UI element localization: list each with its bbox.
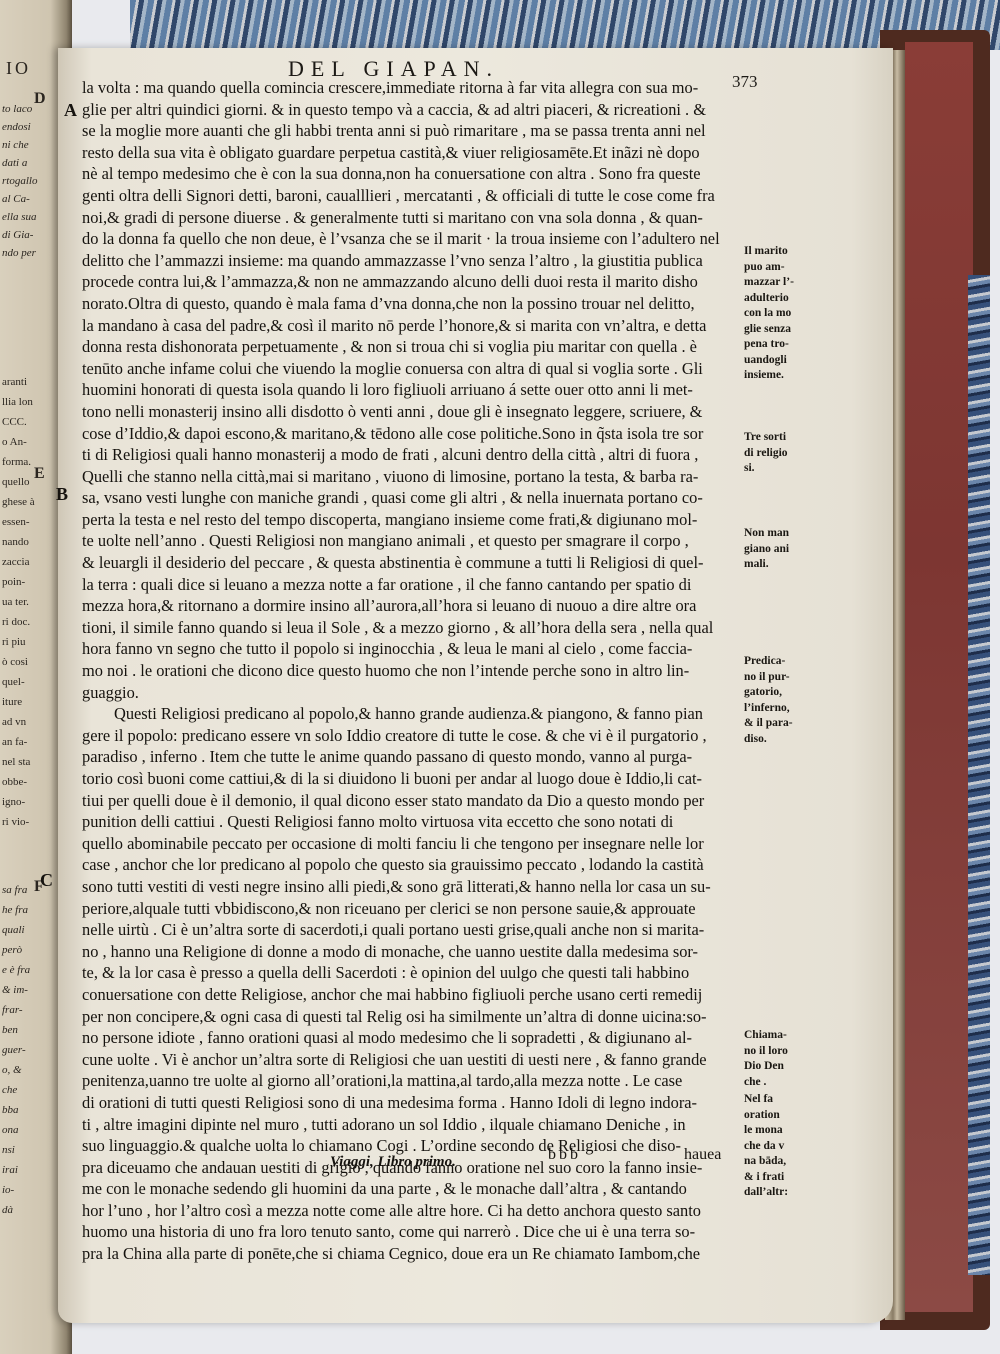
- text-line: paradiso , inferno . Item che tutte le a…: [82, 746, 752, 768]
- text-line: glie per altri quindici giorni. & in que…: [82, 99, 752, 121]
- text-line: torio così buoni come cattiui,& di la si…: [82, 768, 752, 790]
- text-line: cune uolte . Vi è anchor un’altra sorte …: [82, 1049, 752, 1071]
- sidenote-line: adulterio: [744, 291, 814, 307]
- text-line: la mandano à casa del padre,& così il ma…: [82, 315, 752, 337]
- text-line: ti , altre imagini dipinte nel muro , tu…: [82, 1114, 752, 1136]
- text-line: no , hanno una Religione di donne a modo…: [82, 941, 752, 963]
- left-margin-fragment: ndo per: [2, 244, 42, 262]
- sidenote-line: che da v: [744, 1139, 814, 1155]
- text-line: quello abominabile peccato per occasione…: [82, 833, 752, 855]
- text-line: nè al tempo medesimo che è con la sua do…: [82, 163, 752, 185]
- left-margin-fragment: dati a: [2, 154, 42, 172]
- sidenote-line: insieme.: [744, 368, 814, 384]
- left-margin-fragment: frar-: [2, 1000, 42, 1020]
- left-margin-fragment: ella sua: [2, 208, 42, 226]
- text-line: la volta : ma quando quella comincia cre…: [82, 77, 752, 99]
- left-margin-fragment: an fa-: [2, 732, 42, 752]
- signature-mark: bbb: [548, 1146, 581, 1164]
- text-line: delitto che l’ammazzi insieme: ma quando…: [82, 250, 752, 272]
- left-margin-fragment: ni che: [2, 136, 42, 154]
- left-margin-fragments-bottom: sa frahe fraqualiperòe è fra& im-frar-be…: [2, 880, 42, 1220]
- text-line: donna resta dishonorata perpetuamente , …: [82, 336, 752, 358]
- sidenote-line: che .: [744, 1075, 814, 1091]
- left-margin-fragments-top: to lacoendosini chedati artogalloal Ca-e…: [2, 100, 42, 262]
- left-margin-fragment: ua ter.: [2, 592, 42, 612]
- text-line: hor l’uno , hor l’altro così a mezza not…: [82, 1200, 752, 1222]
- text-line: huomini honorati di questa isola quando …: [82, 379, 752, 401]
- text-line: hora fanno vn segno che tutto il popolo …: [82, 638, 752, 660]
- left-margin-fragment: sa fra: [2, 880, 42, 900]
- sidenote-line: & il para-: [744, 716, 814, 732]
- text-line: Quelli che stanno nella città,mai si mar…: [82, 466, 752, 488]
- sidenote-line: di religio: [744, 446, 814, 462]
- left-margin-fragment: bba: [2, 1100, 42, 1120]
- red-pastedown: [905, 42, 973, 1312]
- sidenote-line: & i frati: [744, 1170, 814, 1186]
- left-margin-fragment: he fra: [2, 900, 42, 920]
- text-line: resto della sua vita è obligato guardare…: [82, 142, 752, 164]
- text-line: mo noi . le orationi che dicono dice que…: [82, 660, 752, 682]
- sidenote-purgatory: Predica-no il pur-gatorio,l’inferno,& il…: [744, 654, 814, 747]
- text-line: mezza hora,& ritornano a dormire insino …: [82, 595, 752, 617]
- left-margin-fragment: ben: [2, 1020, 42, 1040]
- left-margin-fragment: rtogallo: [2, 172, 42, 190]
- sidenote-line: Chiama-: [744, 1028, 814, 1044]
- sidenote-adultery: Il maritopuo am-mazzar l’-adulteriocon l…: [744, 244, 814, 384]
- text-line: do la donna fa quello che non deue, è l’…: [82, 228, 752, 250]
- left-margin-fragment: di Gia-: [2, 226, 42, 244]
- sidenote-line: mali.: [744, 557, 814, 573]
- text-line: per non concipere,& ogni casa di questi …: [82, 1006, 752, 1028]
- text-line: tono nelli monasterij insino alli disdot…: [82, 401, 752, 423]
- text-line: penitenza,uanno tre uolte al giorno all’…: [82, 1070, 752, 1092]
- sidenote-line: Dio Den: [744, 1059, 814, 1075]
- left-margin-fragment: ri vio-: [2, 812, 42, 832]
- left-margin-fragment: ona: [2, 1120, 42, 1140]
- text-line: norato.Oltra di questo, quando è mala fa…: [82, 293, 752, 315]
- left-margin-fragment: poin-: [2, 572, 42, 592]
- text-line: periore,alquale tutti vbbidiscono,& non …: [82, 898, 752, 920]
- sidenote-line: Tre sorti: [744, 430, 814, 446]
- left-margin-fragment: iture: [2, 692, 42, 712]
- text-line: se la moglie more auanti che gli habbi t…: [82, 120, 752, 142]
- left-margin-fragment: ad vn: [2, 712, 42, 732]
- sidenote-line: l’inferno,: [744, 701, 814, 717]
- text-line: la terra : quali dice si leuano a mezza …: [82, 574, 752, 596]
- marbled-endpaper-top: [130, 0, 1000, 50]
- text-line: Questi Religiosi predicano al popolo,& h…: [82, 703, 752, 725]
- text-line: procede contra lui,& l’ammazza,& non ne …: [82, 271, 752, 293]
- text-line: perta la testa e nel resto del tempo dis…: [82, 509, 752, 531]
- sidenote-line: gatorio,: [744, 685, 814, 701]
- left-margin-fragment: però: [2, 940, 42, 960]
- sidenote-three-orders: Tre sortidi religiosi.: [744, 430, 814, 477]
- left-margin-fragment: e è fra: [2, 960, 42, 980]
- text-line: no persone idiote , fanno orationi quasi…: [82, 1027, 752, 1049]
- left-margin-fragment: zaccia: [2, 552, 42, 572]
- text-line: nelle uirtù . Ci è un’altra sorte di sac…: [82, 919, 752, 941]
- book-page-373: DEL GIAPAN. 373 A B C la volta : ma quan…: [58, 48, 893, 1323]
- sidenote-line: giano ani: [744, 542, 814, 558]
- text-line: huomo una historia di uno fra loro tenut…: [82, 1221, 752, 1243]
- left-margin-fragment: igno-: [2, 792, 42, 812]
- left-margin-fragment: ghese à: [2, 492, 42, 512]
- left-margin-fragment: ri piu: [2, 632, 42, 652]
- left-margin-fragment: essen-: [2, 512, 42, 532]
- sidenote-line: Predica-: [744, 654, 814, 670]
- sidenote-line: dall’altr:: [744, 1185, 814, 1201]
- text-line: noi,& gradi di persone diuerse . & gener…: [82, 207, 752, 229]
- sidenote-line: le mona: [744, 1123, 814, 1139]
- left-margin-fragment: quel-: [2, 672, 42, 692]
- sidenote-line: Non man: [744, 526, 814, 542]
- main-text-block: la volta : ma quando quella comincia cre…: [82, 77, 752, 1265]
- section-marker-b: B: [56, 484, 68, 505]
- text-line: me con le monache sedendo gli huomini da…: [82, 1178, 752, 1200]
- left-margin-fragment: llia lon: [2, 392, 42, 412]
- sidenote-line: Nel fa: [744, 1092, 814, 1108]
- text-line: cose d’Iddio,& dapoi escono,& maritano,&…: [82, 423, 752, 445]
- section-marker-c: C: [40, 870, 53, 891]
- sidenote-no-meat: Non mangiano animali.: [744, 526, 814, 573]
- text-line: tiui per quelli doue è il demonio, il qu…: [82, 790, 752, 812]
- left-margin-fragment: endosi: [2, 118, 42, 136]
- left-margin-fragment: aranti: [2, 372, 42, 392]
- text-line: te uolte nell’anno . Questi Religiosi no…: [82, 530, 752, 552]
- left-margin-fragment: irai: [2, 1160, 42, 1180]
- sidenote-line: no il pur-: [744, 670, 814, 686]
- catchword: hauea: [684, 1146, 721, 1164]
- left-margin-fragment: quali: [2, 920, 42, 940]
- left-margin-fragment: o, &: [2, 1060, 42, 1080]
- left-margin-fragment: al Ca-: [2, 190, 42, 208]
- sidenote-line: na bāda,: [744, 1154, 814, 1170]
- left-margin-fragment: nando: [2, 532, 42, 552]
- sidenote-line: puo am-: [744, 260, 814, 276]
- text-line: case , anchor che lor predicano al popol…: [82, 854, 752, 876]
- left-margin-fragment: ò cosi: [2, 652, 42, 672]
- text-line: guaggio.: [82, 682, 752, 704]
- left-margin-fragment: io-: [2, 1180, 42, 1200]
- sidenote-line: pena tro-: [744, 337, 814, 353]
- left-margin-fragment: quello: [2, 472, 42, 492]
- left-margin-fragment: & im-: [2, 980, 42, 1000]
- text-line: te, & la lor casa è presso a quella dell…: [82, 962, 752, 984]
- left-margin-fragment: nel sta: [2, 752, 42, 772]
- text-line: gere il popolo: predicano essere vn solo…: [82, 725, 752, 747]
- footer-title: Viaggi, Libro primo.: [330, 1154, 456, 1171]
- left-running-head: IO: [6, 58, 31, 79]
- left-margin-fragments-mid: arantillia lonCCC.o An-forma.quelloghese…: [2, 372, 42, 832]
- sidenote-line: no il loro: [744, 1044, 814, 1060]
- marbled-endpaper-right: [968, 275, 990, 1275]
- left-margin-fragment: obbe-: [2, 772, 42, 792]
- text-line: tioni, il simile fanno quando si leua il…: [82, 617, 752, 639]
- left-margin-fragment: che: [2, 1080, 42, 1100]
- text-line: conuersatione con dette Religiose, ancho…: [82, 984, 752, 1006]
- sidenote-line: si.: [744, 461, 814, 477]
- left-margin-fragment: CCC.: [2, 412, 42, 432]
- left-margin-fragment: nsi: [2, 1140, 42, 1160]
- left-margin-fragment: forma.: [2, 452, 42, 472]
- text-line: punition delli cattiui . Questi Religios…: [82, 811, 752, 833]
- left-margin-fragment: to laco: [2, 100, 42, 118]
- book-photo-scene: IO D E F to lacoendosini chedati artogal…: [0, 0, 1000, 1354]
- text-line: tenūto anche infame colui che viuendo la…: [82, 358, 752, 380]
- section-marker-a: A: [64, 100, 77, 121]
- text-line: ti di Religiosi quali hanno monasterij a…: [82, 444, 752, 466]
- left-margin-fragment: o An-: [2, 432, 42, 452]
- text-line: pra la China alla parte di ponēte,che si…: [82, 1243, 752, 1265]
- sidenote-line: diso.: [744, 732, 814, 748]
- text-line: & leuargli il desiderio del peccare , & …: [82, 552, 752, 574]
- text-line: sono tutti vestiti di vesti negre insino…: [82, 876, 752, 898]
- sidenote-line: uandogli: [744, 353, 814, 369]
- text-line: genti oltra delli Signori detti, baroni,…: [82, 185, 752, 207]
- sidenote-line: oration: [744, 1108, 814, 1124]
- text-line: sa, vsano vesti lunghe con maniche grand…: [82, 487, 752, 509]
- left-margin-fragment: ri doc.: [2, 612, 42, 632]
- sidenote-line: mazzar l’-: [744, 275, 814, 291]
- left-margin-fragment: guer-: [2, 1040, 42, 1060]
- text-line: di orationi di tutti questi Religiosi so…: [82, 1092, 752, 1114]
- sidenote-line: Il marito: [744, 244, 814, 260]
- sidenote-deniche: Chiama-no il loroDio Denche .: [744, 1028, 814, 1090]
- sidenote-prayer-choir: Nel faorationle monache da vna bāda,& i …: [744, 1092, 814, 1201]
- sidenote-line: glie senza: [744, 322, 814, 338]
- sidenote-line: con la mo: [744, 306, 814, 322]
- left-margin-fragment: dà: [2, 1200, 42, 1220]
